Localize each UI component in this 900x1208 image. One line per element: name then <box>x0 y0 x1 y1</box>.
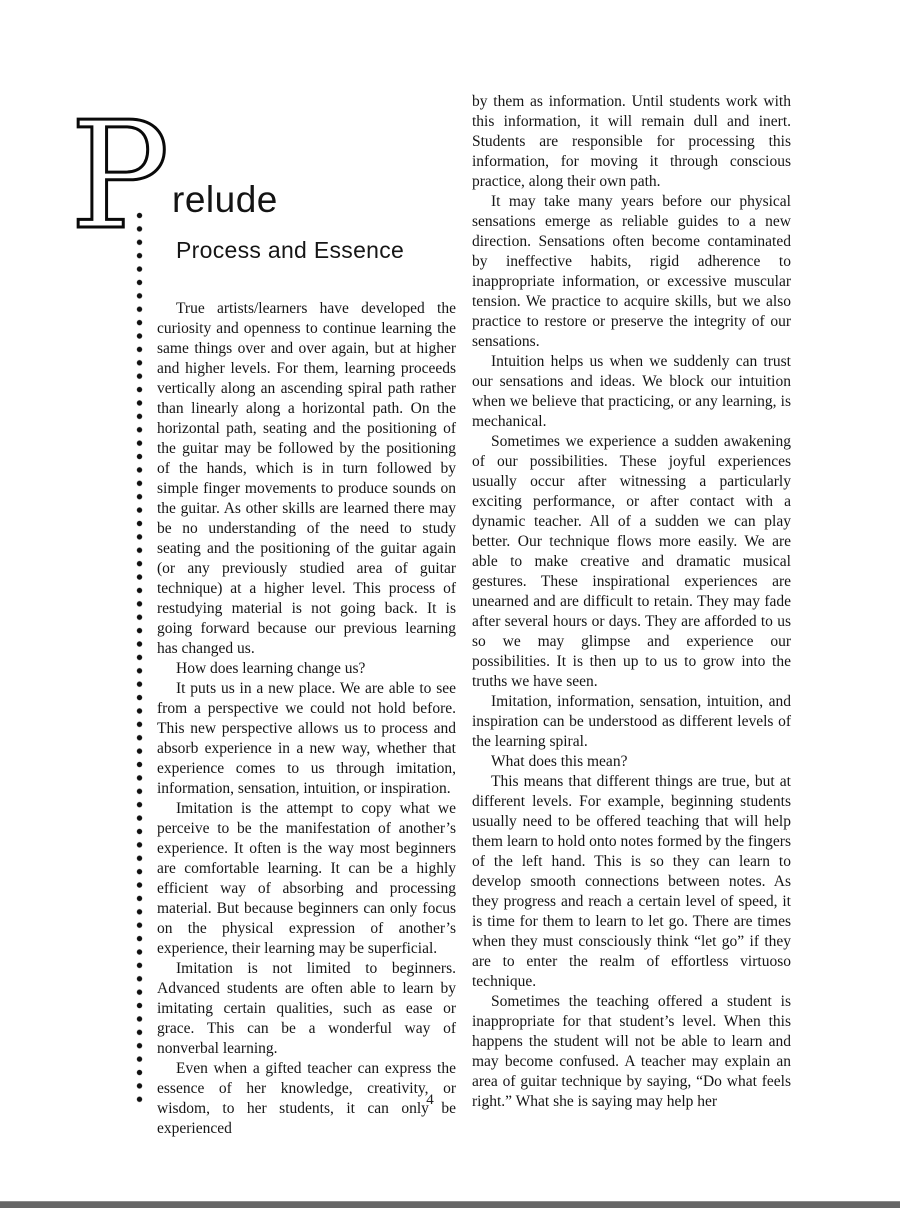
right-text-column: by them as information. Until students w… <box>472 92 791 1112</box>
scan-edge-bar <box>0 1201 900 1208</box>
left-text-column: True artists/learners have developed the… <box>157 299 456 1139</box>
paragraph: Imitation, information, sensation, intui… <box>472 692 791 752</box>
paragraph: Sometimes we experience a sudden awakeni… <box>472 432 791 692</box>
paragraph: Even when a gifted teacher can express t… <box>157 1059 456 1139</box>
chapter-title: relude <box>172 180 278 221</box>
paragraph: True artists/learners have developed the… <box>157 299 456 659</box>
paragraph: Imitation is not limited to beginners. A… <box>157 959 456 1059</box>
paragraph: What does this mean? <box>472 752 791 772</box>
paragraph: It may take many years before our physic… <box>472 192 791 352</box>
paragraph: Imitation is the attempt to copy what we… <box>157 799 456 959</box>
document-page: P relude Process and Essence True artist… <box>0 0 900 1208</box>
page-number: 4 <box>418 1092 442 1109</box>
paragraph: Intuition helps us when we suddenly can … <box>472 352 791 432</box>
dotted-vertical-divider <box>136 212 143 1108</box>
chapter-dropcap-letter: P <box>70 102 170 250</box>
chapter-subtitle: Process and Essence <box>176 237 404 264</box>
paragraph: Sometimes the teaching offered a student… <box>472 992 791 1112</box>
paragraph: by them as information. Until students w… <box>472 92 791 192</box>
paragraph: How does learning change us? <box>157 659 456 679</box>
paragraph: This means that different things are tru… <box>472 772 791 992</box>
paragraph: It puts us in a new place. We are able t… <box>157 679 456 799</box>
